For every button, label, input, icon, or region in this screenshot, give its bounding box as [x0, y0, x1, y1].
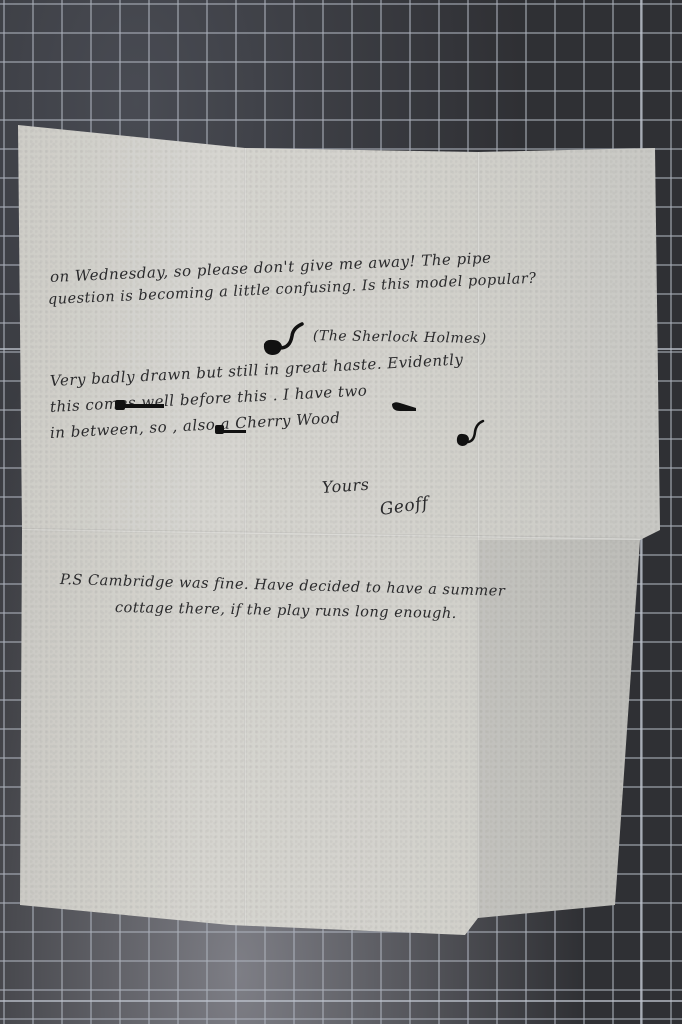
mat-grid-line [0, 1000, 682, 1002]
signoff: Yours [321, 475, 370, 497]
letter-line-3: (The Sherlock Holmes) [313, 328, 487, 347]
long-straight-pipe-sketch [114, 398, 166, 412]
panel-shade-right-bottom [478, 540, 682, 940]
sherlock-holmes-pipe-sketch [260, 322, 310, 358]
letter-paper [0, 0, 682, 1024]
short-straight-pipe-sketch [390, 400, 418, 414]
medium-straight-pipe-sketch [214, 424, 248, 436]
cherry-wood-pipe-sketch [455, 418, 489, 448]
